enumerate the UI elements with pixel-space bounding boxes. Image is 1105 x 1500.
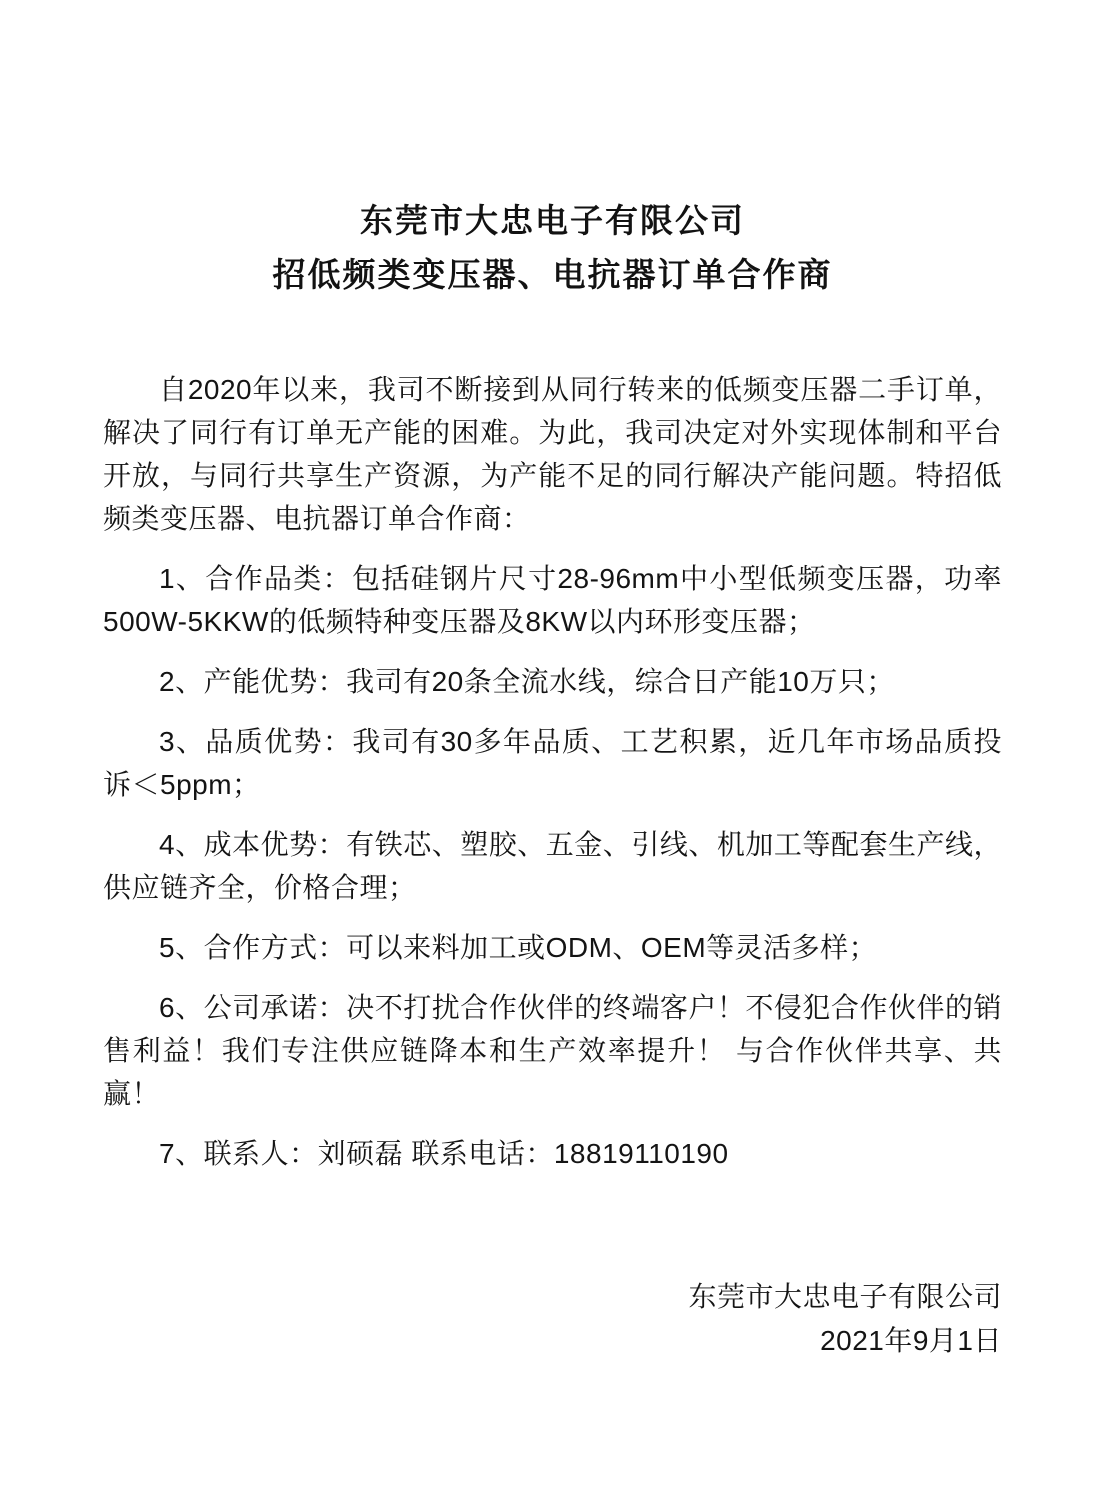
list-item-cooperation-categories: 1、合作品类：包括硅钢片尺寸28-96mm中小型低频变压器，功率500W-5KK… xyxy=(103,557,1002,643)
signature-company: 东莞市大忠电子有限公司 xyxy=(103,1275,1002,1319)
intro-paragraph: 自2020年以来，我司不断接到从同行转来的低频变压器二手订单，解决了同行有订单无… xyxy=(103,368,1002,540)
list-item-cost-advantage: 4、成本优势：有铁芯、塑胶、五金、引线、机加工等配套生产线，供应链齐全，价格合理… xyxy=(103,823,1002,909)
list-item-contact-info: 7、联系人：刘硕磊 联系电话：18819110190 xyxy=(103,1132,1002,1175)
list-item-capacity-advantage: 2、产能优势：我司有20条全流水线，综合日产能10万只； xyxy=(103,660,1002,703)
signature-date: 2021年9月1日 xyxy=(103,1319,1002,1363)
document-subtitle: 招低频类变压器、电抗器订单合作商 xyxy=(103,248,1002,302)
document-content: 东莞市大忠电子有限公司 招低频类变压器、电抗器订单合作商 自2020年以来，我司… xyxy=(0,0,1105,1363)
signature-block: 东莞市大忠电子有限公司 2021年9月1日 xyxy=(103,1275,1002,1363)
list-item-cooperation-mode: 5、合作方式：可以来料加工或ODM、OEM等灵活多样； xyxy=(103,926,1002,969)
document-page: 东莞市大忠电子有限公司 招低频类变压器、电抗器订单合作商 自2020年以来，我司… xyxy=(0,0,1105,1500)
list-item-quality-advantage: 3、品质优势：我司有30多年品质、工艺积累，近几年市场品质投诉＜5ppm； xyxy=(103,720,1002,806)
document-title: 东莞市大忠电子有限公司 xyxy=(103,194,1002,248)
list-item-company-promise: 6、公司承诺：决不打扰合作伙伴的终端客户！不侵犯合作伙伴的销售利益！我们专注供应… xyxy=(103,986,1002,1115)
